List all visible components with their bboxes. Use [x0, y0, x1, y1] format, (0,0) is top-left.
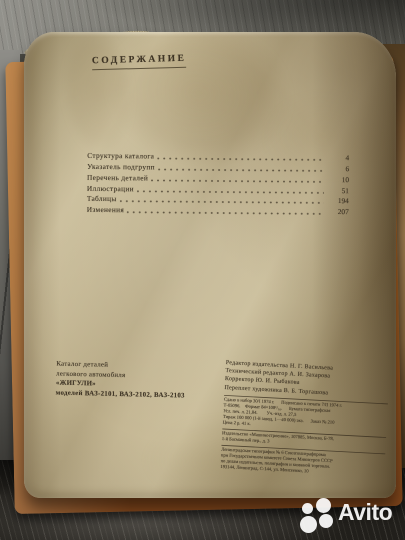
toc-row: Структура каталога 4 [87, 149, 349, 162]
toc-row: Таблицы 194 [87, 192, 349, 205]
toc-row: Иллюстрации 51 [87, 182, 349, 195]
avito-watermark: Avito [296, 494, 405, 540]
toc-item-page: 4 [327, 153, 349, 162]
toc-item-label: Перечень деталей [87, 173, 148, 183]
toc-dot-leader [151, 175, 324, 184]
toc-row: Изменения 207 [87, 203, 349, 216]
toc-item-page: 194 [327, 196, 349, 205]
toc-row: Перечень деталей 10 [87, 171, 349, 184]
avito-logo-icon [319, 514, 333, 528]
toc-item-page: 6 [327, 164, 349, 173]
avito-watermark-text: Avito [338, 499, 392, 526]
imprint-column: Редактор издательства Н. Г. Васильева Те… [219, 359, 391, 495]
toc-item-page: 10 [327, 175, 349, 184]
contents-header: СОДЕРЖАНИЕ [92, 54, 187, 70]
avito-logo-icon [300, 516, 317, 533]
toc-item-label: Структура каталога [87, 151, 154, 161]
avito-logo-icon [302, 503, 313, 514]
table-of-contents: Структура каталога 4 Указатель подгрупп … [87, 149, 350, 217]
toc-item-label: Изменения [87, 205, 124, 214]
toc-item-label: Иллюстрации [87, 183, 134, 192]
toc-item-page: 207 [327, 207, 349, 216]
toc-dot-leader [157, 153, 324, 161]
toc-item-page: 51 [327, 186, 349, 195]
catalog-title-block: Каталог деталей легкового автомобиля «ЖИ… [56, 360, 186, 401]
toc-row: Указатель подгрупп 6 [87, 160, 349, 173]
toc-item-label: Таблицы [87, 194, 117, 203]
toc-item-label: Указатель подгрупп [87, 162, 155, 172]
imprint-fine-print: Сдано в набор 30/I 1974 г. Подписано к п… [220, 395, 388, 479]
avito-logo-icon [316, 498, 331, 513]
page-title: СОДЕРЖАНИЕ [92, 54, 187, 66]
photo-of-book-contents-page: СОДЕРЖАНИЕ Структура каталога 4 Указател… [0, 0, 405, 540]
toc-dot-leader [158, 164, 324, 172]
